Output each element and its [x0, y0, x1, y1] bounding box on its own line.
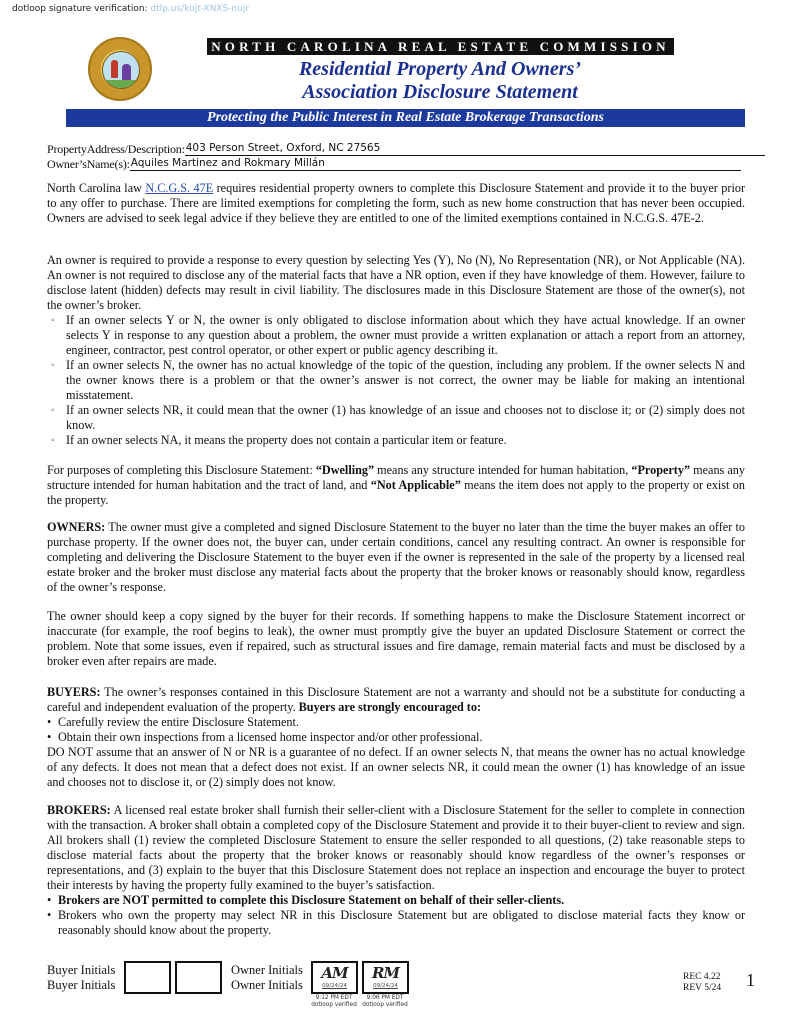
keep-copy-paragraph: The owner should keep a copy signed by t… — [47, 609, 745, 669]
buyers-bullet: Obtain their own inspections from a lice… — [47, 730, 745, 745]
buyers-bullet: Carefully review the entire Disclosure S… — [47, 715, 745, 730]
page-number: 1 — [746, 970, 755, 991]
property-address-row: PropertyAddress/Description: 403 Person … — [47, 141, 765, 156]
owner-names-field[interactable]: Aquiles Martinez and Rokmary Millán — [130, 156, 741, 171]
buyer-initials-box-2[interactable] — [175, 961, 222, 994]
form-revision: REC 4.22 REV 5/24 — [683, 972, 721, 994]
owner-names-row: Owner’sName(s): Aquiles Martinez and Rok… — [47, 156, 741, 171]
response-bullet: If an owner selects N, the owner has no … — [47, 358, 745, 403]
verification-label: dotloop signature verification: — [12, 4, 148, 14]
owner-initials-signature-2[interactable]: RM 09/24/24 — [362, 961, 409, 994]
tagline-banner: Protecting the Public Interest in Real E… — [66, 109, 745, 127]
intro-paragraph: North Carolina law N.C.G.S. 47E requires… — [47, 181, 745, 226]
agency-banner: NORTH CAROLINA REAL ESTATE COMMISSION — [207, 38, 674, 55]
property-address-field[interactable]: 403 Person Street, Oxford, NC 27565 — [185, 141, 765, 156]
buyer-initials-labels: Buyer Initials Buyer Initials — [47, 963, 115, 993]
nc-seal-icon — [88, 37, 152, 101]
property-address-label: PropertyAddress/Description: — [47, 142, 185, 156]
owners-section: OWNERS: The owner must give a completed … — [47, 520, 745, 595]
owner-initials-signature-1[interactable]: AM 09/24/24 — [311, 961, 358, 994]
brokers-section: BROKERS: A licensed real estate broker s… — [47, 803, 745, 938]
definitions-paragraph: For purposes of completing this Disclosu… — [47, 463, 745, 508]
owners-heading: OWNERS: — [47, 520, 105, 534]
brokers-heading: BROKERS: — [47, 803, 111, 817]
signature-meta-1: 9:12 PM EDT dotloop verified — [308, 995, 360, 1009]
owner-initials-labels: Owner Initials Owner Initials — [231, 963, 303, 993]
buyers-warning: DO NOT assume that an answer of N or NR … — [47, 745, 745, 790]
signature-verification: dotloop signature verification: dtlp.us/… — [12, 4, 249, 14]
signature-meta-2: 9:06 PM EDT dotloop verified — [359, 995, 411, 1009]
buyer-initials-box-1[interactable] — [124, 961, 171, 994]
buyers-section: BUYERS: The owner’s responses contained … — [47, 685, 745, 790]
owner-names-label: Owner’sName(s): — [47, 157, 130, 171]
response-section: An owner is required to provide a respon… — [47, 253, 745, 448]
buyers-heading: BUYERS: — [47, 685, 101, 699]
response-bullet: If an owner selects Y or N, the owner is… — [47, 313, 745, 358]
response-bullet: If an owner selects NR, it could mean th… — [47, 403, 745, 433]
response-bullet: If an owner selects NA, it means the pro… — [47, 433, 745, 448]
verification-link[interactable]: dtlp.us/kojt-XNXS-nujr — [150, 4, 249, 14]
document-title: Residential Property And Owners’ Associa… — [200, 58, 680, 104]
ncgs-47e-link[interactable]: N.C.G.S. 47E — [145, 181, 213, 195]
